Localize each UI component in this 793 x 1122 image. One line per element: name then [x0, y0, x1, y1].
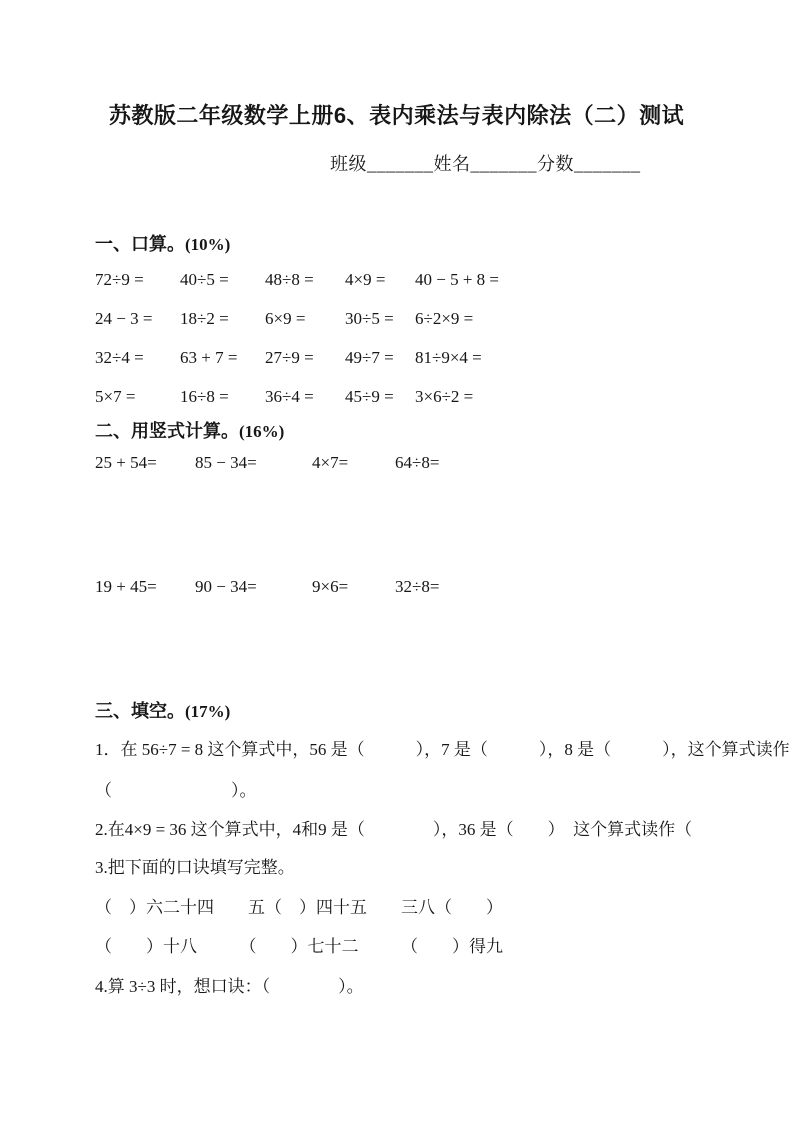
oral-calc-item: 36÷4 = [265, 387, 345, 407]
fill-q4: 4.算 3÷3 时，想口诀：（ ）。 [95, 972, 364, 997]
oral-calc-item: 48÷8 = [265, 270, 345, 290]
vertical-calc-row-1: 25 + 54= 85 − 34= 4×7= 64÷8= [95, 453, 439, 473]
fill-q1-line2: （ ）。 [95, 776, 257, 801]
fill-q3-formula-row-2: （ ）十八 （ ）七十二 （ ）得九 [95, 932, 503, 957]
oral-calc-item: 63 + 7 = [180, 348, 265, 368]
oral-calc-item: 32÷4 = [95, 348, 180, 368]
oral-calc-item: 72÷9 = [95, 270, 180, 290]
oral-calc-item: 18÷2 = [180, 309, 265, 329]
student-info-line: 班级_______姓名_______分数_______ [330, 150, 641, 176]
section1-heading-percent: (10%) [185, 235, 230, 254]
oral-calc-row-2: 24 − 3 = 18÷2 = 6×9 = 30÷5 = 6÷2×9 = [95, 309, 473, 329]
oral-calc-row-3: 32÷4 = 63 + 7 = 27÷9 = 49÷7 = 81÷9×4 = [95, 348, 482, 368]
oral-calc-row-1: 72÷9 = 40÷5 = 48÷8 = 4×9 = 40 − 5 + 8 = [95, 270, 499, 290]
fill-q3: 3.把下面的口诀填写完整。 [95, 853, 295, 878]
section3-heading-label: 三、填空。 [95, 701, 185, 721]
section2-heading: 二、用竖式计算。(16%) [95, 417, 284, 443]
vertical-calc-item: 64÷8= [395, 453, 439, 473]
oral-calc-item: 4×9 = [345, 270, 415, 290]
vertical-calc-item: 19 + 45= [95, 577, 195, 597]
worksheet-page: 苏教版二年级数学上册6、表内乘法与表内除法（二）测试 班级_______姓名__… [0, 0, 793, 1122]
vertical-calc-row-2: 19 + 45= 90 − 34= 9×6= 32÷8= [95, 577, 439, 597]
oral-calc-item: 40 − 5 + 8 = [415, 270, 499, 290]
oral-calc-item: 24 − 3 = [95, 309, 180, 329]
fill-q2: 2.在4×9 = 36 这个算式中，4和9 是（ ），36 是（ ） 这个算式读… [95, 815, 793, 840]
oral-calc-item: 81÷9×4 = [415, 348, 482, 368]
oral-calc-item: 5×7 = [95, 387, 180, 407]
oral-calc-row-4: 5×7 = 16÷8 = 36÷4 = 45÷9 = 3×6÷2 = [95, 387, 473, 407]
section3-heading: 三、填空。(17%) [95, 697, 230, 723]
section3-heading-percent: (17%) [185, 702, 230, 721]
oral-calc-item: 40÷5 = [180, 270, 265, 290]
vertical-calc-item: 90 − 34= [195, 577, 312, 597]
section1-heading-label: 一、口算。 [95, 234, 185, 254]
oral-calc-item: 45÷9 = [345, 387, 415, 407]
vertical-calc-item: 32÷8= [395, 577, 439, 597]
oral-calc-item: 6÷2×9 = [415, 309, 473, 329]
fill-q3-formula-row-1: （ ）六二十四 五（ ）四十五 三八（ ） [95, 893, 503, 918]
oral-calc-item: 16÷8 = [180, 387, 265, 407]
oral-calc-item: 6×9 = [265, 309, 345, 329]
vertical-calc-item: 25 + 54= [95, 453, 195, 473]
oral-calc-item: 30÷5 = [345, 309, 415, 329]
oral-calc-item: 27÷9 = [265, 348, 345, 368]
section2-heading-percent: (16%) [239, 422, 284, 441]
vertical-calc-item: 4×7= [312, 453, 395, 473]
page-title: 苏教版二年级数学上册6、表内乘法与表内除法（二）测试 [0, 99, 793, 130]
vertical-calc-item: 9×6= [312, 577, 395, 597]
vertical-calc-item: 85 − 34= [195, 453, 312, 473]
section2-heading-label: 二、用竖式计算。 [95, 421, 239, 441]
section1-heading: 一、口算。(10%) [95, 230, 230, 256]
oral-calc-item: 49÷7 = [345, 348, 415, 368]
fill-q1-line1: 1．在 56÷7 = 8 这个算式中，56 是（ ），7 是（ ），8 是（ ）… [95, 735, 790, 760]
oral-calc-item: 3×6÷2 = [415, 387, 473, 407]
